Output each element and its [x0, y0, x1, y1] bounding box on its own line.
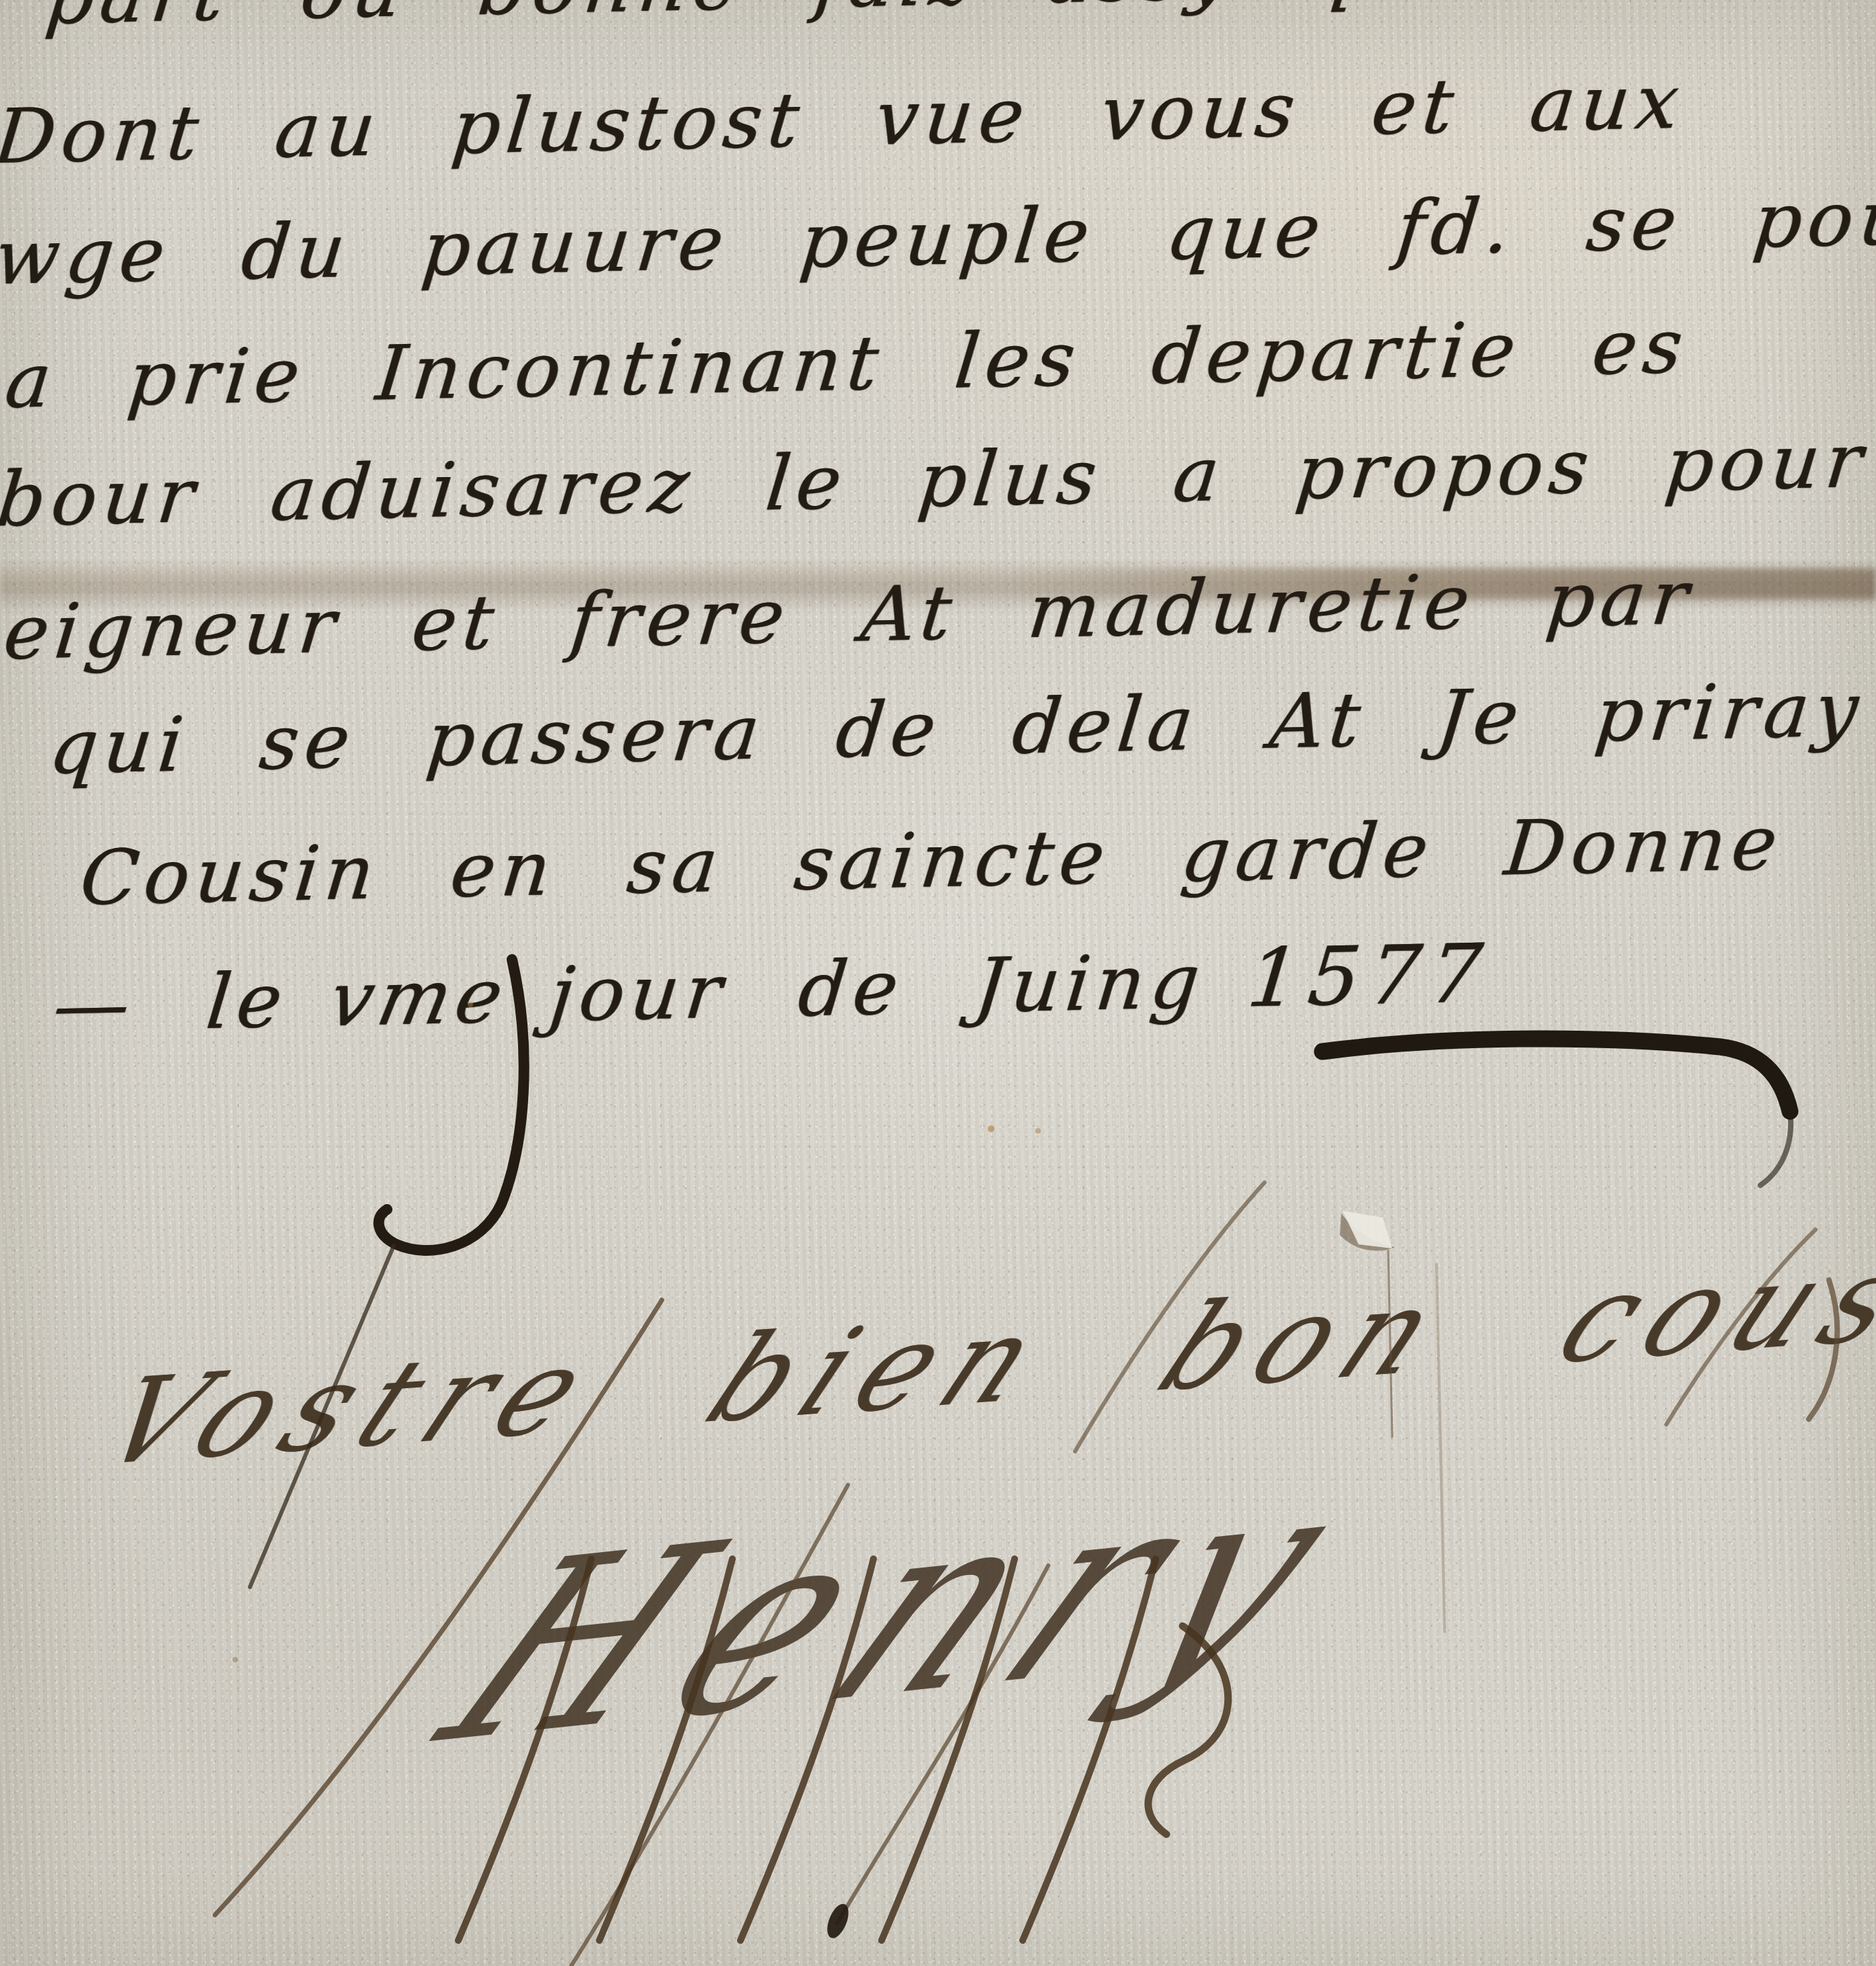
signature-name-hook [1148, 1626, 1228, 1834]
vertical-crease [1437, 1263, 1445, 1633]
manuscript-photo: { "page": { "lines": [ "part ou bonne fa… [0, 0, 1876, 1966]
paper-speck [988, 1125, 994, 1132]
signature-hairline [1075, 1183, 1265, 1451]
signature-hairline [1666, 1230, 1816, 1424]
descender-flourish [379, 959, 524, 1250]
signature-name-stroke [1023, 1559, 1156, 1940]
signature-name-stroke [740, 1559, 873, 1940]
paper-speck [232, 1657, 238, 1662]
signature-name-stroke [599, 1559, 732, 1940]
signature-name-stroke [458, 1559, 591, 1940]
signature-hairline [571, 1485, 848, 1966]
paper-speck [468, 1002, 473, 1007]
descender-flourish-tail [250, 1246, 394, 1587]
ink-decorations [0, 0, 1876, 1966]
tear-crease-line [1388, 1250, 1392, 1438]
year-underline-tail [1760, 1111, 1791, 1185]
signature-hairline [837, 1566, 1048, 1923]
signature-name-stroke [882, 1559, 1015, 1940]
signature-hairline [1809, 1280, 1837, 1419]
paper-speck [1035, 1128, 1041, 1134]
year-underline-stroke [1322, 1039, 1790, 1111]
signature-hairline [215, 1300, 662, 1915]
